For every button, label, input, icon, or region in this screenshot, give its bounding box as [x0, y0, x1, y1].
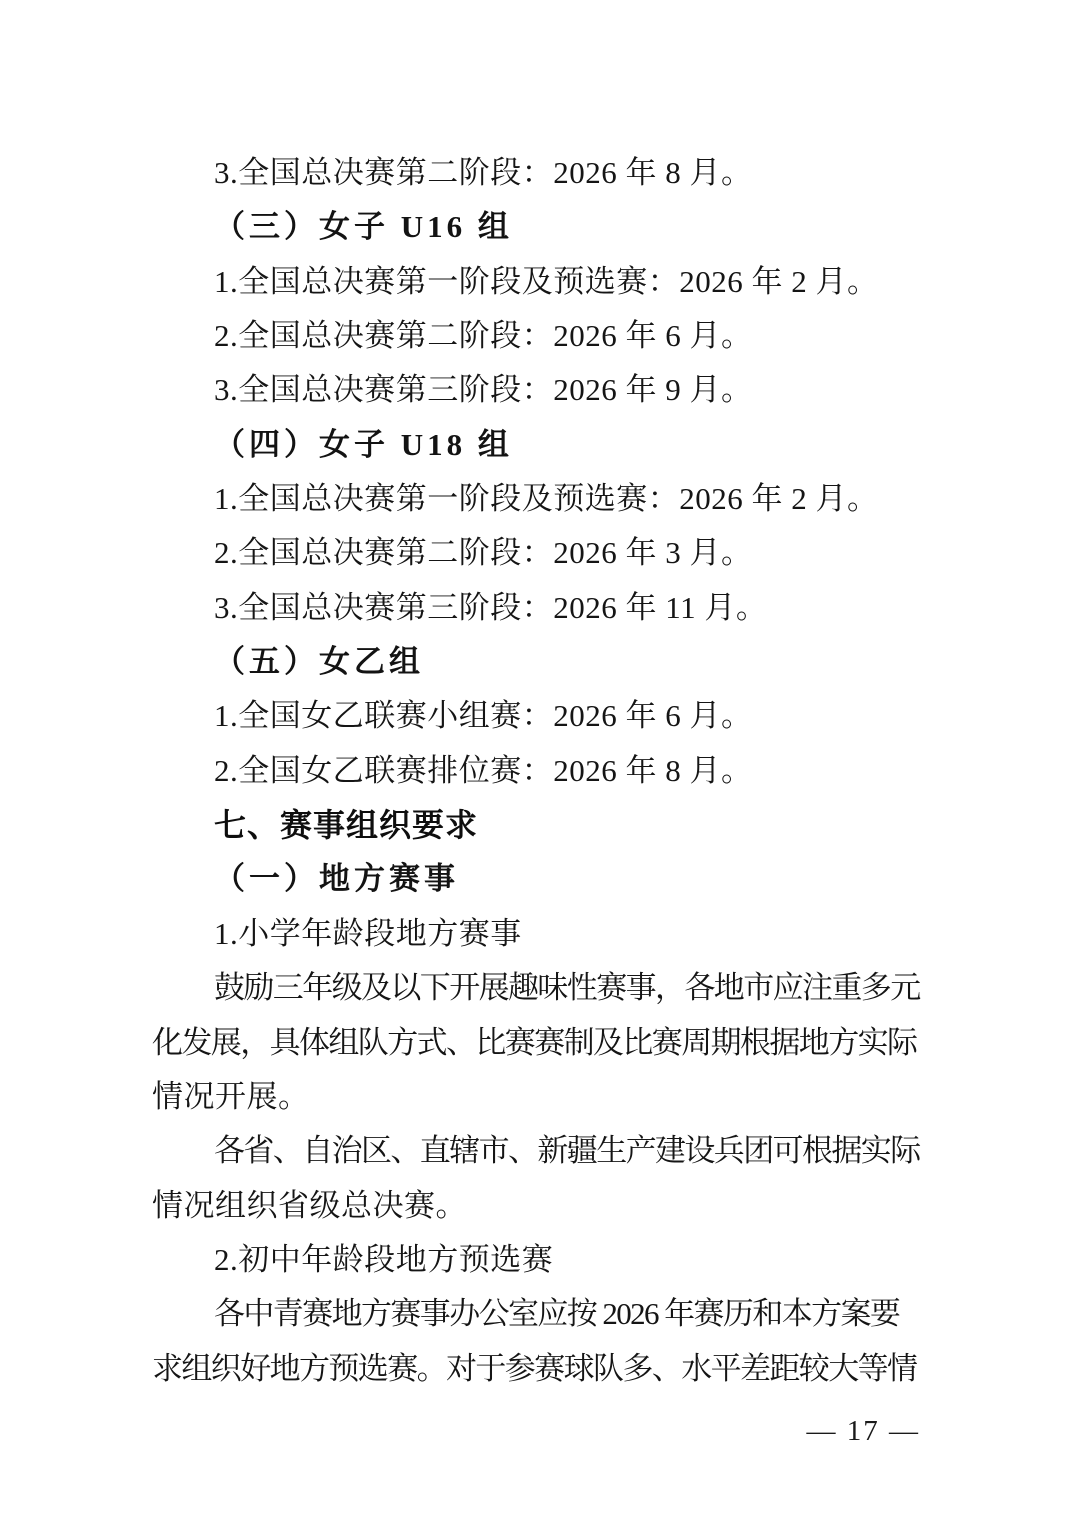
subsection-heading: （五）女乙组: [152, 635, 918, 689]
page-number: — 17 —: [807, 1414, 921, 1448]
paragraph-line: 求组织好地方预选赛。对于参赛球队多、水平差距较大等情: [152, 1342, 918, 1396]
list-item-line: 3.全国总决赛第三阶段：2026 年 9 月。: [152, 363, 918, 417]
list-item-line: 1.小学年龄段地方赛事: [152, 907, 918, 961]
paragraph-line: 情况开展。: [152, 1070, 918, 1124]
paragraph-line: 化发展，具体组队方式、比赛赛制及比赛周期根据地方实际: [152, 1016, 918, 1070]
paragraph-line: 各中青赛地方赛事办公室应按 2026 年赛历和本方案要: [152, 1287, 918, 1341]
list-item-line: 1.全国总决赛第一阶段及预选赛：2026 年 2 月。: [152, 255, 918, 309]
list-item-line: 3.全国总决赛第二阶段：2026 年 8 月。: [152, 146, 918, 200]
list-item-line: 2.全国女乙联赛排位赛：2026 年 8 月。: [152, 744, 918, 798]
section-heading: 七、赛事组织要求: [152, 798, 918, 852]
subsection-heading: （一）地方赛事: [152, 852, 918, 906]
list-item-line: 1.全国女乙联赛小组赛：2026 年 6 月。: [152, 689, 918, 743]
list-item-line: 2.全国总决赛第二阶段：2026 年 3 月。: [152, 526, 918, 580]
list-item-line: 1.全国总决赛第一阶段及预选赛：2026 年 2 月。: [152, 472, 918, 526]
document-body: 3.全国总决赛第二阶段：2026 年 8 月。 （三）女子 U16 组 1.全国…: [152, 146, 918, 1396]
paragraph-line: 各省、自治区、直辖市、新疆生产建设兵团可根据实际: [152, 1124, 918, 1178]
subsection-heading: （三）女子 U16 组: [152, 200, 918, 254]
paragraph-line: 鼓励三年级及以下开展趣味性赛事，各地市应注重多元: [152, 961, 918, 1015]
paragraph-line: 情况组织省级总决赛。: [152, 1179, 918, 1233]
list-item-line: 2.全国总决赛第二阶段：2026 年 6 月。: [152, 309, 918, 363]
list-item-line: 2.初中年龄段地方预选赛: [152, 1233, 918, 1287]
subsection-heading: （四）女子 U18 组: [152, 418, 918, 472]
document-page: 3.全国总决赛第二阶段：2026 年 8 月。 （三）女子 U16 组 1.全国…: [0, 0, 1080, 1527]
list-item-line: 3.全国总决赛第三阶段：2026 年 11 月。: [152, 581, 918, 635]
